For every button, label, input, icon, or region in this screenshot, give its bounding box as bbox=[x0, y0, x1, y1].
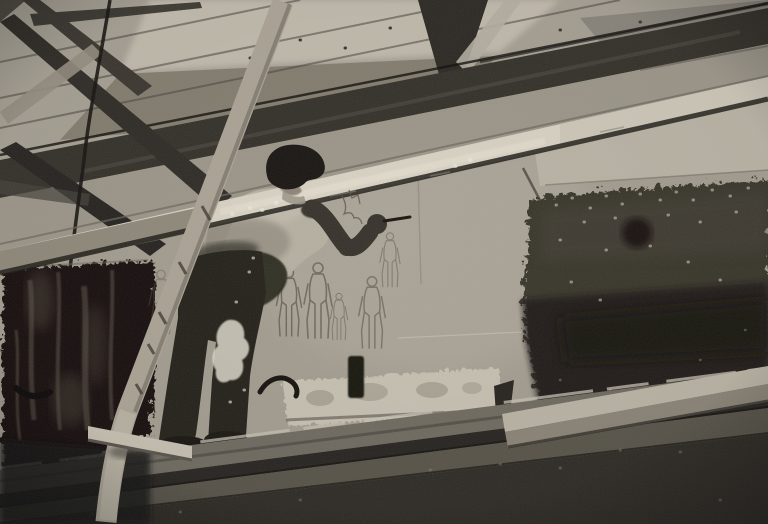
vignette-overlay bbox=[0, 0, 768, 524]
photo-canvas bbox=[0, 0, 768, 524]
photograph bbox=[0, 0, 768, 524]
